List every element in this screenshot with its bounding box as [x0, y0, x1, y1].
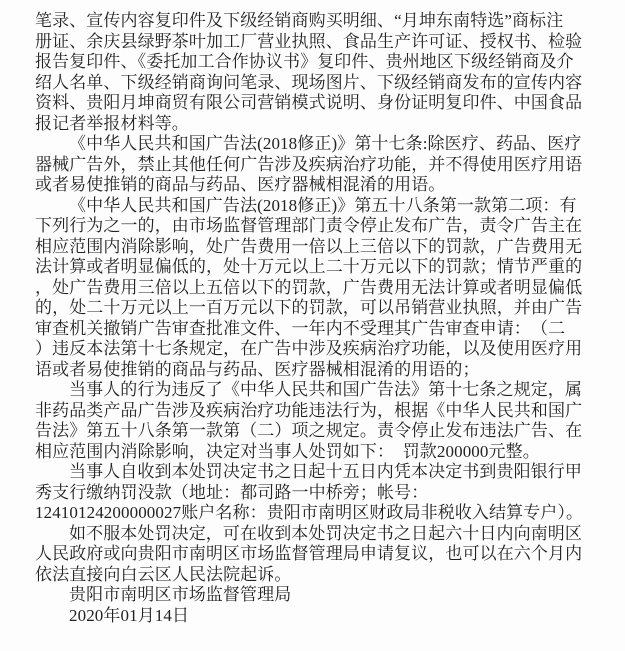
text-line: 相应范围内消除影响，决定对当事人处罚如下： 罚款200000元整。	[35, 442, 597, 463]
text-line: 非药品类产品广告涉及疾病治疗功能违法行为，根据《中华人民共和国广	[35, 401, 597, 422]
text-line: 当事人自收到本处罚决定书之日起十五日内凭本决定书到贵阳银行甲	[35, 462, 597, 483]
text-line: 相应范围内消除影响，处广告费用一倍以上三倍以下的罚款，广告费用无	[35, 237, 597, 258]
text-line: 报告复印件、《委托加工合作协议书》复印件、贵州地区下级经销商及介	[35, 52, 597, 73]
text-line: 《中华人民共和国广告法(2018修正)》第五十八条第一款第二项：有	[35, 196, 597, 217]
text-line: 资料、贵阳月坤商贸有限公司营销模式说明、身份证明复印件、中国食品	[35, 93, 597, 114]
text-line: 语或者易使推销的商品与药品、医疗器械相混淆的用语的；	[35, 360, 597, 381]
text-line: 告法》第五十八条第一款第（二）项之规定。责令停止发布违法广告、在	[35, 421, 597, 442]
text-line: 下列行为之一的，由市场监督管理部门责令停止发布广告，责令广告主在	[35, 216, 597, 237]
text-line: 秀支行缴纳罚没款（地址：都司路一中桥旁；帐号：	[35, 483, 597, 504]
text-line: 绍人名单、下级经销商询问笔录、现场图片、下级经销商发布的宣传内容	[35, 73, 597, 94]
text-line: 审查机关撤销广告审查批准文件、一年内不受理其广告审查申请： （二	[35, 319, 597, 340]
document-body: 笔录、宣传内容复印件及下级经销商购买明细、“月坤东南特选”商标注册证、余庆县绿野…	[35, 11, 597, 585]
text-line: 《中华人民共和国广告法(2018修正)》第十七条:除医疗、药品、医疗	[35, 134, 597, 155]
text-line: ，处广告费用三倍以上五倍以下的罚款，广告费用无法计算或者明显偏低	[35, 278, 597, 299]
text-line: 册证、余庆县绿野茶叶加工厂营业执照、食品生产许可证、授权书、检验	[35, 32, 597, 53]
date-line: 2020年01月14日	[35, 606, 597, 627]
text-line: 人民政府或向贵阳市南明区市场监督管理局申请复议，也可以在六个月内	[35, 544, 597, 565]
text-line: 器械广告外，禁止其他任何广告涉及疾病治疗功能，并不得使用医疗用语	[35, 155, 597, 176]
text-line: 当事人的行为违反了《中华人民共和国广告法》第十七条之规定，属	[35, 380, 597, 401]
text-line: 12410124200000027账户名称：贵阳市南明区财政局非税收入结算专户）…	[35, 503, 597, 524]
text-line: 报记者举报材料等。	[35, 114, 597, 135]
text-line: 依法直接向白云区人民法院起诉。	[35, 565, 597, 586]
text-line: 法计算或者明显偏低的，处十万元以上二十万元以下的罚款；情节严重的	[35, 257, 597, 278]
text-line: 如不服本处罚决定，可在收到本处罚决定书之日起六十日内向南明区	[35, 524, 597, 545]
issuer-line: 贵阳市南明区市场监督管理局	[35, 585, 597, 606]
text-line: 或者易使推销的商品与药品、医疗器械相混淆的用语。	[35, 175, 597, 196]
text-line: 的，处二十万元以上一百万元以下的罚款，可以吊销营业执照，并由广告	[35, 298, 597, 319]
text-line: 笔录、宣传内容复印件及下级经销商购买明细、“月坤东南特选”商标注	[35, 11, 597, 32]
penalty-decision-document: 笔录、宣传内容复印件及下级经销商购买明细、“月坤东南特选”商标注册证、余庆县绿野…	[0, 0, 625, 651]
text-line: ）违反本法第十七条规定，在广告中涉及疾病治疗功能，以及使用医疗用	[35, 339, 597, 360]
